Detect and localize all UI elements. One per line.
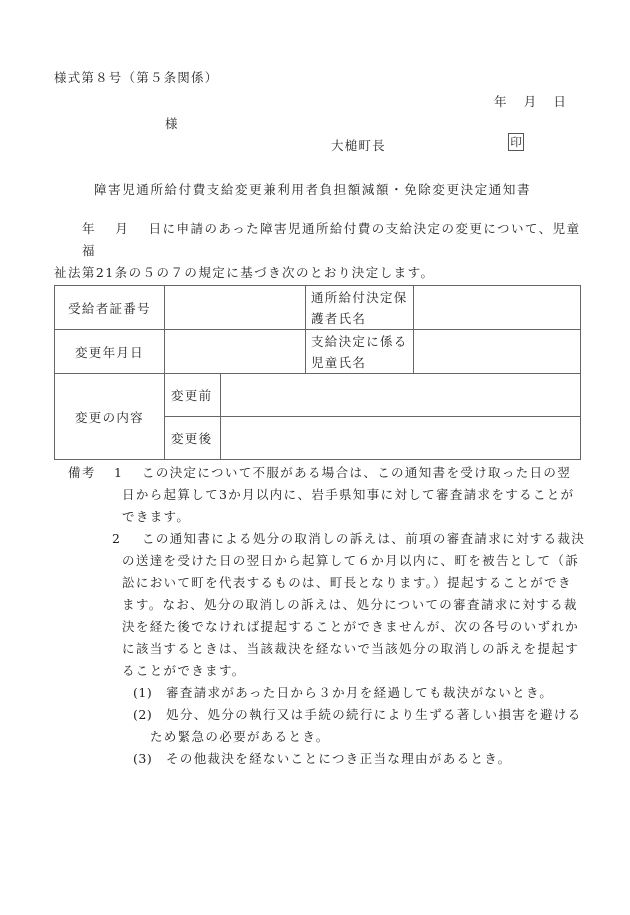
remarks-section: 備考 1 この決定について不服がある場合は、この通知書を受け取った日の翌 日から…: [0, 462, 630, 770]
recipient-number-label: 受給者証番号: [55, 286, 165, 330]
remarks-heading: 備考: [68, 462, 96, 484]
change-content-label: 変更の内容: [55, 374, 165, 460]
document-title: 障害児通所給付費支給変更兼利用者負担額減額・免除変更決定通知書: [94, 180, 531, 198]
remark-number: 2: [112, 528, 121, 550]
addressee-suffix: 様: [165, 114, 179, 132]
child-name-label: 支給決定に係る 児童氏名: [306, 330, 414, 374]
date-line: 年月日: [494, 92, 567, 110]
before-change-label: 変更前: [165, 374, 221, 417]
table-row: 受給者証番号 通所給付決定保 護者氏名: [55, 286, 581, 330]
guardian-name-label: 通所給付決定保 護者氏名: [306, 286, 414, 330]
after-change-field[interactable]: [221, 417, 581, 460]
remark-item-2: 2 この通知書による処分の取消しの訴えは、前項の審査請求に対する裁決: [0, 528, 630, 550]
intro-line-2: 祉法第21条の５の７の規定に基づき次のとおり決定します。: [54, 262, 584, 284]
after-change-label: 変更後: [165, 417, 221, 460]
remark-subitem-2: (2) 処分、処分の執行又は手続の続行により生ずる著しい損害を避ける: [0, 704, 630, 726]
intro-line-1: 年 月 日に申請のあった障害児通所給付費の支給決定の変更について、児童福: [54, 218, 584, 262]
table-row: 変更年月日 支給決定に係る 児童氏名: [55, 330, 581, 374]
table-row: 変更の内容 変更前: [55, 374, 581, 417]
seal-mark: 印: [508, 133, 524, 151]
issuer-name: 大槌町長: [331, 136, 386, 154]
change-date-field[interactable]: [165, 330, 306, 374]
change-date-label: 変更年月日: [55, 330, 165, 374]
before-change-field[interactable]: [221, 374, 581, 417]
remark-item-1: 備考 1 この決定について不服がある場合は、この通知書を受け取った日の翌: [0, 462, 630, 484]
child-name-field[interactable]: [414, 330, 581, 374]
remark-subitem-3: (3) その他裁決を経ないことにつき正当な理由があるとき。: [0, 748, 630, 770]
remark-number: 1: [114, 462, 123, 484]
date-month-label: 月: [524, 94, 538, 109]
guardian-name-field[interactable]: [414, 286, 581, 330]
form-number: 様式第８号（第５条関係）: [54, 68, 218, 86]
date-day-label: 日: [553, 94, 567, 109]
remark-subitem-1: (1) 審査請求があった日から３か月を経過しても裁決がないとき。: [0, 682, 630, 704]
decision-form-table: 受給者証番号 通所給付決定保 護者氏名 変更年月日 支給決定に係る 児童氏名 変…: [54, 285, 581, 460]
intro-paragraph: 年 月 日に申請のあった障害児通所給付費の支給決定の変更について、児童福 祉法第…: [54, 218, 584, 284]
recipient-number-field[interactable]: [165, 286, 306, 330]
date-year-label: 年: [494, 94, 508, 109]
